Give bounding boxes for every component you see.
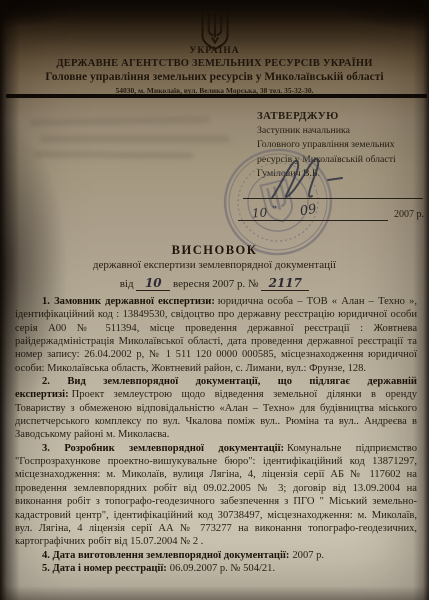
paragraph-3-label: 3. Розробник землевпорядної документації…: [42, 443, 287, 454]
paragraph-3: 3. Розробник землевпорядної документації…: [15, 442, 417, 549]
document-subtitle: державної експертизи землевпорядної доку…: [0, 259, 429, 271]
document-title: ВИСНОВОК: [0, 243, 429, 258]
department-name: Головне управління земельних ресурсів у …: [0, 71, 429, 83]
approval-title: ЗАТВЕРДЖУЮ: [257, 109, 429, 124]
paragraph-4-label: 4. Дата виготовлення землевпорядної доку…: [42, 550, 292, 561]
country-name: УКРАЇНА: [0, 46, 429, 56]
paragraph-3-text: Комунальне підприємство "Госпрозрахунков…: [15, 443, 417, 547]
paragraph-1-text: юридична особа – ТОВ « Алан – Техно », і…: [15, 296, 417, 374]
handwritten-month: 09: [299, 202, 318, 220]
approval-year: 2007 р.: [394, 209, 424, 220]
paragraph-4-text: 2007 р.: [292, 550, 324, 561]
paragraph-4: 4. Дата виготовлення землевпорядної доку…: [15, 549, 417, 562]
paragraph-2: 2. Вид землевпорядної документації, що п…: [15, 375, 417, 442]
handwritten-day: 10: [252, 205, 268, 220]
paragraph-5-label: 5. Дата і номер реєстрації:: [42, 563, 170, 574]
date-middle: вересня 2007 р. №: [173, 278, 259, 290]
date-prefix: від: [120, 278, 134, 290]
paragraph-1: 1. Замовник державної експертизи:юридичн…: [15, 295, 417, 375]
ukraine-trident-emblem-icon: [197, 7, 233, 51]
paragraph-5-text: 06.09.2007 р. № 504/21.: [170, 563, 275, 574]
handwritten-title-day: 10: [145, 276, 162, 290]
bleed-through-mark: [30, 116, 210, 125]
date-day-blank: 10: [136, 276, 170, 291]
paragraph-1-label: 1. Замовник державної експертизи:: [42, 296, 218, 307]
handwritten-doc-number: 2117: [269, 276, 302, 290]
document-body: 1. Замовник державної експертизи:юридичн…: [15, 295, 417, 575]
handwritten-quote: ": [272, 204, 277, 216]
agency-name: ДЕРЖАВНЕ АГЕНТСТВО ЗЕМЕЛЬНИХ РЕСУРСІВ УК…: [0, 58, 429, 69]
bleed-through-mark: [34, 151, 194, 158]
doc-number-blank: 2117: [261, 276, 309, 291]
header-divider: [6, 94, 427, 98]
paragraph-2-text: Проект землеустрою щодо відведення земел…: [15, 389, 417, 440]
approval-position-line1: Заступник начальника: [257, 124, 429, 139]
document-date-line: від 10 вересня 2007 р. № 2117: [0, 276, 429, 291]
bleed-through-mark: [40, 136, 230, 142]
signature-line: [243, 182, 423, 199]
paragraph-5: 5. Дата і номер реєстрації:06.09.2007 р.…: [15, 562, 417, 575]
document-photo: УКРАЇНА ДЕРЖАВНЕ АГЕНТСТВО ЗЕМЕЛЬНИХ РЕС…: [0, 0, 429, 600]
